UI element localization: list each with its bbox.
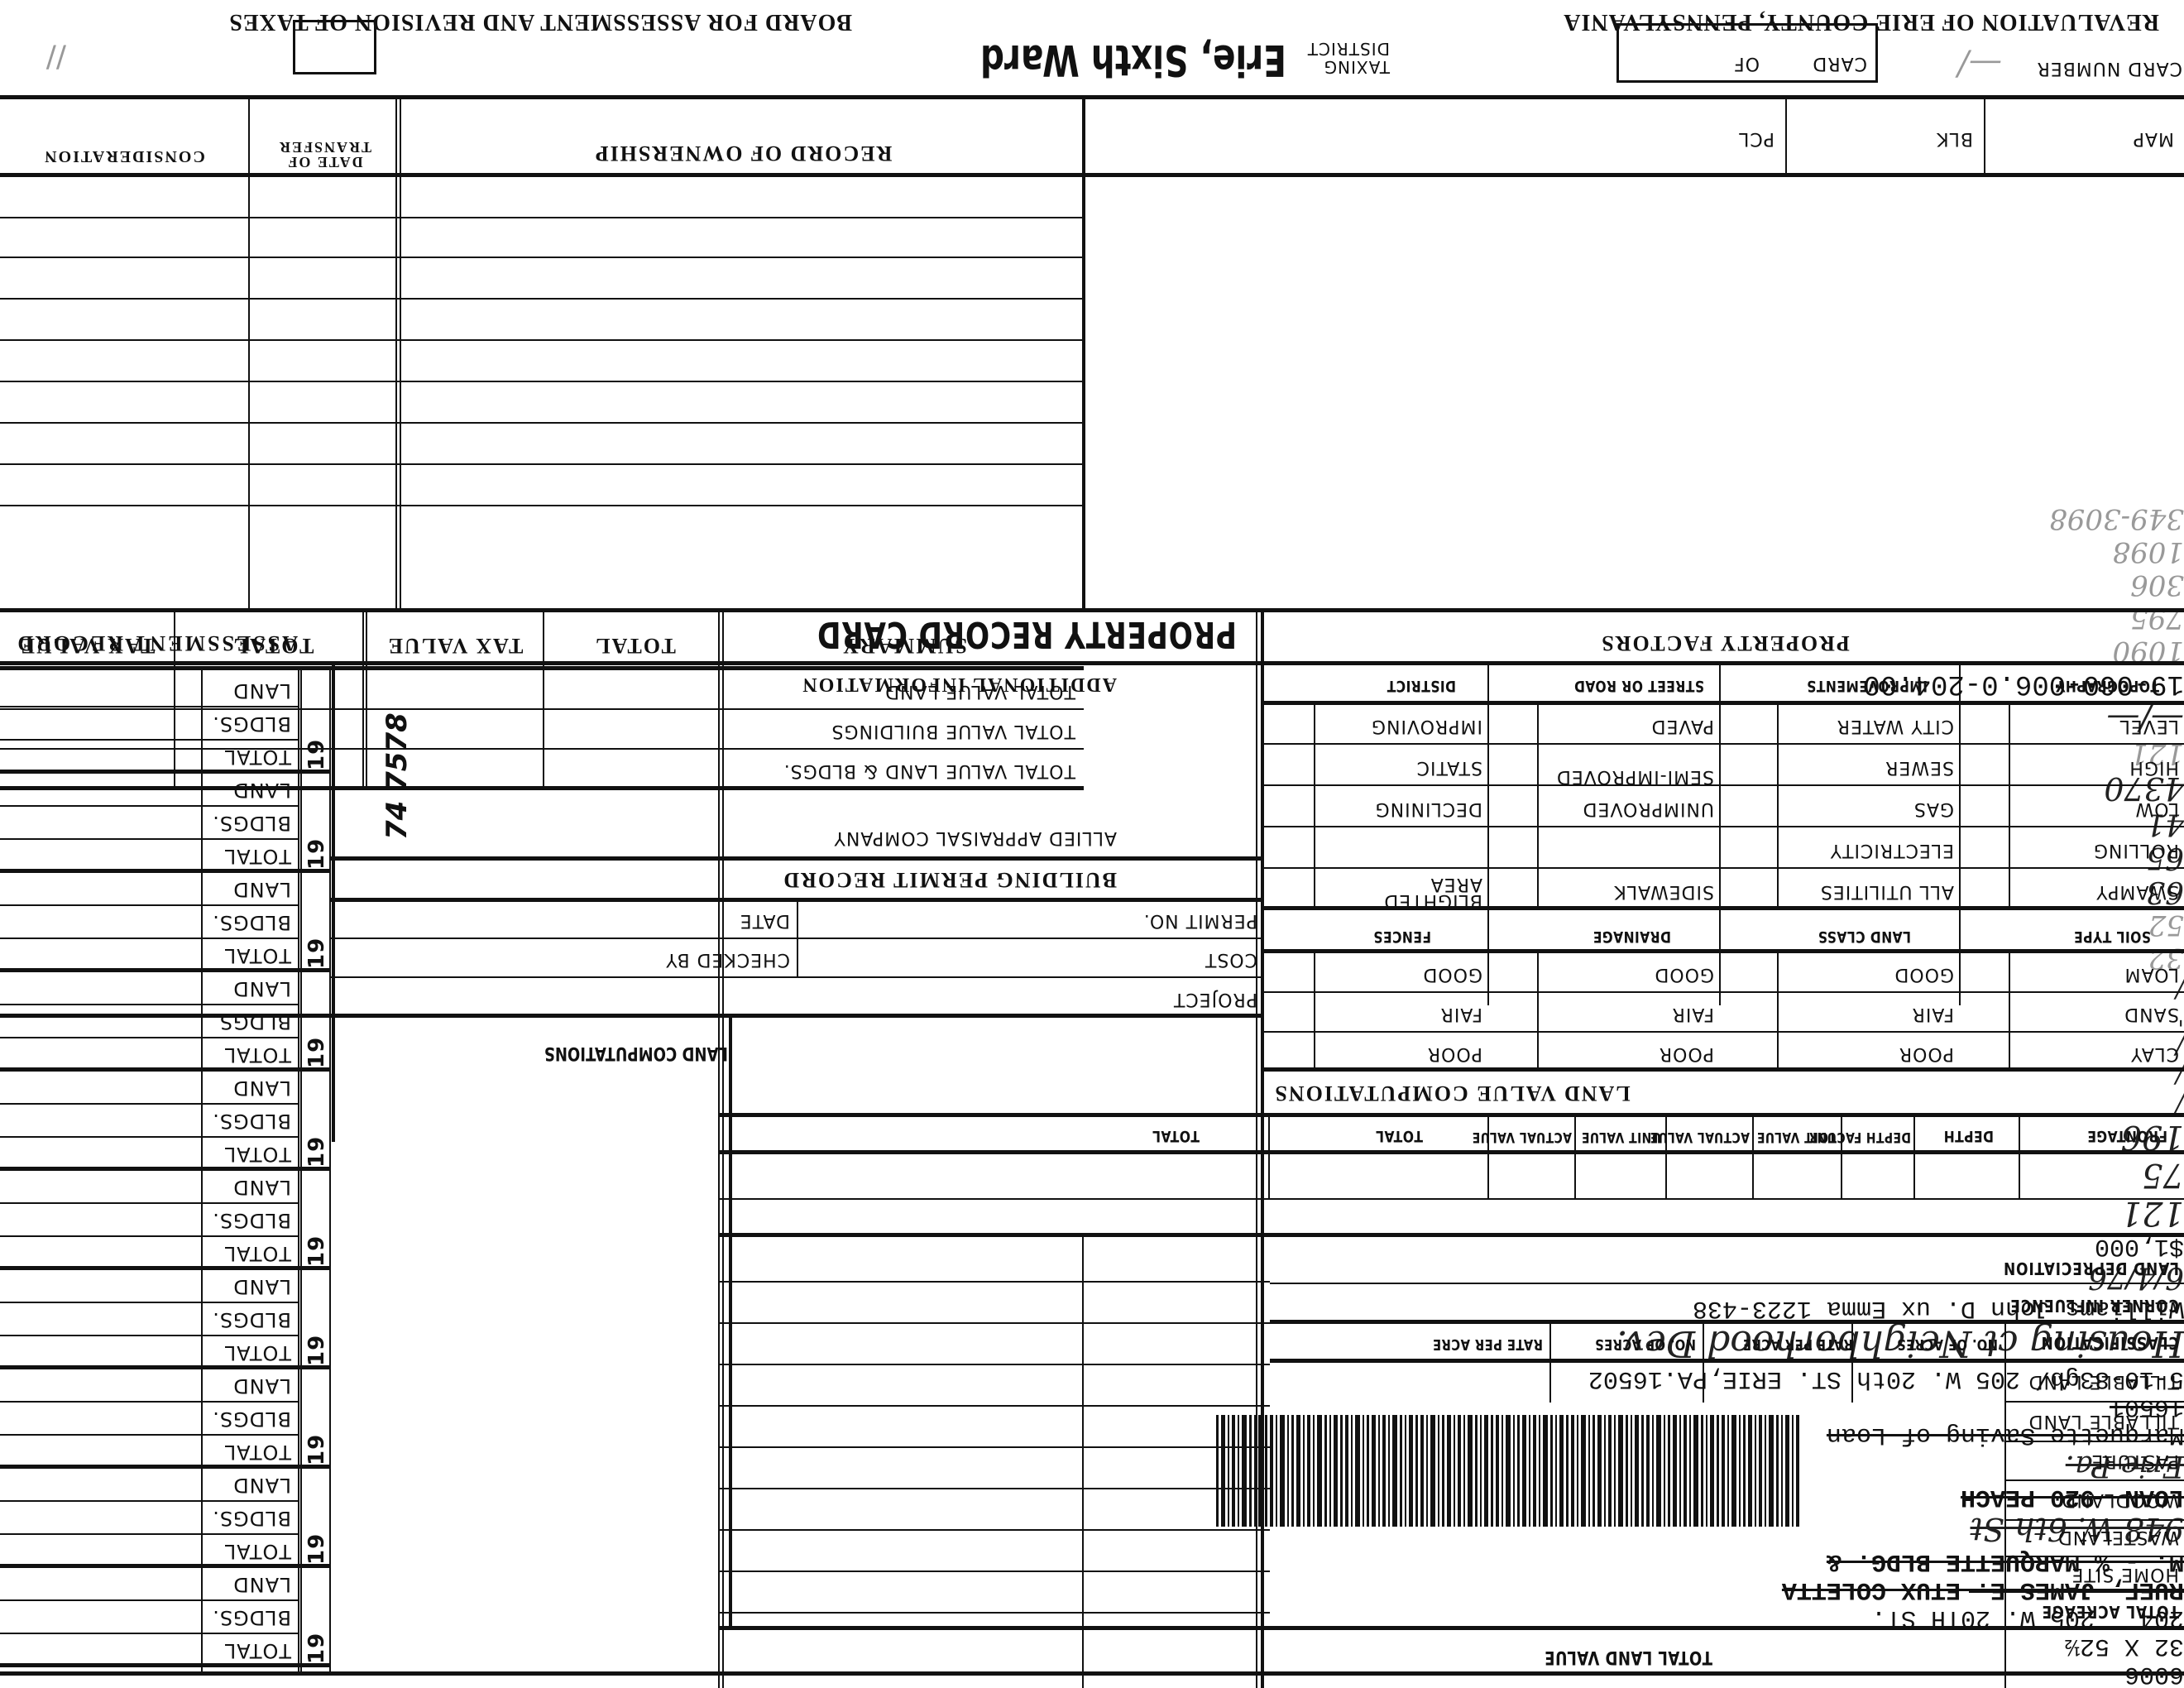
improvements-header: IMPROVEMENTS [1807, 677, 1928, 695]
total-land-value-label: TOTAL LAND VALUE [1545, 1647, 1712, 1667]
property-record-card-title: PROPERTY RECORD CARD [817, 613, 1237, 655]
land-class-header: LAND CLASS [1818, 928, 1911, 946]
factor-paved[interactable]: PAVED [1651, 716, 1714, 736]
acres-col-2: NO. OF ACRES [1595, 1336, 1696, 1353]
acreage-pasture: PASTURE [2091, 1451, 2179, 1471]
assessment-record-title: ASSESSMENT RECORD [15, 631, 298, 655]
previous-owner: RUEF, JAMES E. ETUX COLETTA [0, 1575, 2184, 1604]
check-mark: / [0, 975, 2184, 1004]
assessment-land-label: LAND [232, 977, 291, 1000]
assessment-total-label: TOTAL [224, 845, 291, 868]
stamp-number: 74 7578 [381, 712, 414, 840]
factor-electricity[interactable]: ELECTRICITY [1830, 840, 1954, 861]
col-actual-value-2: ACTUAL VALUE [1472, 1129, 1572, 1145]
district-header: DISTRICT [1387, 677, 1456, 695]
col-total-2: TOTAL [1152, 1127, 1200, 1145]
assessment-land-label: LAND [232, 1573, 291, 1596]
drainage-good[interactable]: GOOD [1654, 964, 1714, 985]
factor-sidewalk[interactable]: SIDEWALK [1613, 881, 1714, 902]
factor-blighted-area[interactable]: BLIGHTED AREA [1350, 875, 1482, 909]
assessment-bldgs-label: BLDGS. [212, 1010, 291, 1033]
assessment-year-prefix: 19 [304, 1136, 329, 1168]
assessment-land-label: LAND [232, 1275, 291, 1298]
summary-row-buildings: TOTAL VALUE BUILDINGS [831, 721, 1075, 741]
assessment-land-label: LAND [232, 1374, 291, 1398]
factor-level[interactable]: LEVEL [2119, 716, 2179, 736]
assessment-total-label: TOTAL [224, 1143, 291, 1166]
factor-static[interactable]: STATIC [1416, 757, 1482, 778]
fences-poor[interactable]: POOR [1427, 1043, 1482, 1064]
acreage-tillable-2: TILLABLE LAND [2028, 1411, 2179, 1431]
card-number-value: —/ [1958, 45, 2002, 83]
assessment-year-prefix: 19 [304, 1633, 329, 1664]
taxing-district-value: Erie, Sixth Ward [980, 35, 1286, 84]
acreage-tillable-1: TILLABLE LAND [2028, 1371, 2179, 1392]
summary-total-header: TOTAL [546, 633, 724, 658]
land-value-computations-title: LAND VALUE COMPUTATIONS [720, 1081, 2184, 1105]
permit-no-label[interactable]: PERMIT NO. [1143, 910, 1257, 931]
factor-declining[interactable]: DECLINING [1375, 798, 1482, 819]
additional-information-label: ADDITIONAL INFORMATION [801, 673, 1117, 695]
factor-low[interactable]: LOW [2134, 798, 2179, 819]
assessment-total-label: TOTAL [224, 1441, 291, 1464]
permit-date-label[interactable]: DATE [740, 910, 790, 931]
soil-clay[interactable]: CLAY [2130, 1043, 2179, 1064]
corner-influence-label: CORNER INFLUENCE [2009, 1296, 2179, 1316]
ownership-title: RECORD OF OWNERSHIP [404, 141, 1082, 165]
assessment-total-label: TOTAL [224, 1242, 291, 1265]
assessment-bldgs-label: BLDGS. [212, 712, 291, 736]
assessment-total-label: TOTAL [224, 1639, 291, 1662]
drainage-poor[interactable]: POOR [1659, 1043, 1714, 1064]
factor-high[interactable]: HIGH [2129, 757, 2179, 778]
acreage-total: TOTAL ACREAGE [2042, 1602, 2179, 1622]
factor-unimproved[interactable]: UNIMPROVED [1583, 798, 1714, 819]
land-class-poor[interactable]: POOR [1899, 1043, 1954, 1064]
consideration-header: CONSIDERATION [0, 146, 248, 165]
assessment-total-label: TOTAL [224, 1341, 291, 1364]
taxing-district-label: TAXING DISTRICT [1291, 40, 1390, 76]
col-unit-value-2: UNIT VALUE [1581, 1129, 1661, 1145]
col-depth: DEPTH [1943, 1127, 1994, 1145]
assessment-land-label: LAND [232, 779, 291, 802]
col-total: TOTAL [1376, 1127, 1423, 1145]
fences-header: FENCES [1373, 928, 1431, 946]
assessment-year-prefix: 19 [304, 1434, 329, 1465]
acres-col-1: NO. OF ACRES [1897, 1336, 1998, 1353]
card-number-label: CARD NUMBER [2037, 58, 2182, 79]
assessment-land-label: LAND [232, 679, 291, 703]
fences-fair[interactable]: FAIR [1440, 1004, 1482, 1024]
assessment-year-prefix: 19 [304, 938, 329, 969]
assessment-bldgs-label: BLDGS. [212, 1308, 291, 1331]
map-label: MAP [2133, 128, 2174, 149]
land-computations-label: LAND COMPUTATIONS [544, 1043, 728, 1063]
assessment-year-prefix: 19 [304, 1533, 329, 1565]
rate-col-2: RATE PER ACRE [1433, 1336, 1543, 1353]
summary-tax-value-header: TAX VALUE [368, 633, 542, 658]
ownership-row-2-owner: Williams John D. ux Emma 1223-438 [0, 1294, 2184, 1322]
assessment-year-prefix: 19 [304, 1037, 329, 1068]
land-class-fair[interactable]: FAIR [1912, 1004, 1954, 1024]
zip-line: 16501 [0, 1393, 2184, 1421]
fences-good[interactable]: GOOD [1422, 964, 1482, 985]
handwritten-top-number: 349-3098 [0, 502, 2184, 535]
assessment-land-label: LAND [232, 1176, 291, 1199]
summary-row-land-bldgs: TOTAL VALUE LAND & BLDGS. [783, 760, 1075, 781]
factor-rolling[interactable]: ROLLING [2093, 840, 2179, 861]
property-factors-title: PROPERTY FACTORS [1266, 631, 2184, 655]
factor-city-water[interactable]: CITY WATER [1837, 716, 1954, 736]
col-unit-value: UNIT VALUE [1756, 1129, 1837, 1145]
rate-col-1: RATE PER ACRE [1743, 1336, 1853, 1353]
drainage-header: DRAINAGE [1592, 928, 1671, 946]
assessment-total-label: TOTAL [224, 746, 291, 769]
checked-by-label[interactable]: CHECKED BY [665, 949, 790, 970]
factor-gas[interactable]: GAS [1913, 798, 1954, 819]
land-depreciation-label: LAND DEPRECIATION [2003, 1259, 2179, 1278]
assessment-year-prefix: 19 [304, 739, 329, 770]
assessment-bldgs-label: BLDGS. [212, 911, 291, 934]
hand-mark: // [46, 41, 66, 74]
assessment-total-label: TOTAL [224, 1043, 291, 1067]
classification-label: CLASSIFICATION [2041, 1333, 2179, 1353]
hand-note-3: 306 [0, 568, 2184, 602]
property-record-card: CARD NUMBER —/ CARD OF TAXING DISTRICT E… [0, 0, 2184, 1688]
building-permit-record-title: BUILDING PERMIT RECORD [782, 867, 1117, 892]
factor-swampy[interactable]: SWAMPY [2095, 881, 2179, 902]
revaluation-title: REVALUATION OF ERIE COUNTY, PENNSYLVANIA [1563, 8, 2159, 35]
hand-note-4: 1098 [0, 535, 2184, 568]
col-actual-value: ACTUAL VALUE [1650, 1129, 1750, 1145]
factor-improving[interactable]: IMPROVING [1371, 716, 1482, 736]
soil-sand[interactable]: SAND [2124, 1004, 2179, 1024]
assessment-year-prefix: 19 [304, 1235, 329, 1267]
appraisal-company: ALLIED APPRAISAL COMPANY [833, 827, 1117, 848]
soil-loam[interactable]: LOAM [2124, 964, 2179, 985]
blk-label: BLK [1936, 128, 1973, 149]
assessment-bldgs-label: BLDGS. [212, 812, 291, 835]
board-title: BOARD FOR ASSESSMENT AND REVISION OF TAX… [228, 8, 852, 35]
drainage-fair[interactable]: FAIR [1672, 1004, 1714, 1024]
assessment-bldgs-label: BLDGS. [212, 1606, 291, 1629]
date-of-transfer-header: DATE OF TRANSFER [252, 140, 397, 170]
factor-all-utilities[interactable]: ALL UTILITIES [1820, 881, 1954, 902]
project-label[interactable]: PROJECT [1173, 989, 1257, 1009]
permit-cost-label[interactable]: COST [1205, 949, 1257, 970]
topography-header: TOPOGRAPHY [2056, 677, 2159, 695]
land-class-good[interactable]: GOOD [1894, 964, 1954, 985]
assessment-land-label: LAND [232, 878, 291, 901]
assessment-total-label: TOTAL [224, 944, 291, 967]
acreage-wasteland: WASTELAND [2057, 1527, 2179, 1547]
acreage-home-site: HOME SITE [2071, 1564, 2179, 1585]
col-frontage: FRONTAGE [2087, 1127, 2167, 1145]
assessment-year-prefix: 19 [304, 1335, 329, 1366]
assessment-bldgs-label: BLDGS. [212, 1209, 291, 1232]
assessment-total-label: TOTAL [224, 1540, 291, 1563]
acreage-woodland: WOODLAND [2061, 1489, 2179, 1510]
soil-type-header: SOIL TYPE [2074, 928, 2151, 946]
parcel-barcode [1137, 1415, 1799, 1527]
street-or-road-header: STREET OR ROAD [1574, 677, 1704, 695]
factor-sewer[interactable]: SEWER [1885, 757, 1954, 778]
factor-semi-improved[interactable]: SEMI-IMPROVED [1549, 768, 1714, 784]
pcl-label: PCL [1738, 128, 1774, 149]
assessment-bldgs-label: BLDGS. [212, 1507, 291, 1530]
assessment-land-label: LAND [232, 1077, 291, 1100]
assessment-bldgs-label: BLDGS. [212, 1407, 291, 1431]
assessment-year-prefix: 19 [304, 838, 329, 870]
assessment-land-label: LAND [232, 1474, 291, 1497]
assessment-bldgs-label: BLDGS. [212, 1110, 291, 1133]
